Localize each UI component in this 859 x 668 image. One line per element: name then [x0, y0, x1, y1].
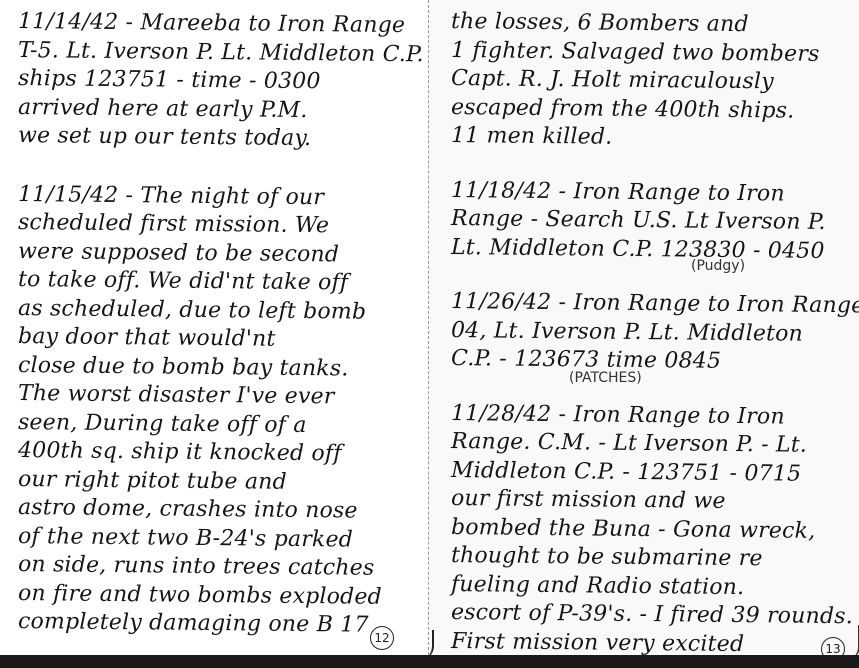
handwritten-line: The worst disaster I've ever	[18, 380, 418, 413]
entry-11-26-42: 11/26/42 - Iron Range to Iron Range. 04,…	[451, 288, 853, 386]
handwritten-line: our right pitot tube and	[18, 466, 418, 499]
handwritten-line: on fire and two bombs exploded	[18, 580, 418, 613]
handwritten-line: as scheduled, due to left bomb	[18, 295, 418, 328]
handwritten-line: escaped from the 400th ships.	[451, 94, 853, 127]
entry-11-18-42: 11/18/42 - Iron Range to Iron Range - Se…	[451, 177, 853, 275]
handwritten-line: ships 123751 - time - 0300	[18, 65, 418, 98]
handwritten-line: Lt. Middleton C.P. 123830 - 0450	[451, 234, 853, 267]
handwritten-line: the losses, 6 Bombers and	[451, 8, 853, 41]
handwritten-line: astro dome, crashes into nose	[18, 494, 418, 527]
handwritten-line: 11/15/42 - The night of our	[18, 181, 418, 214]
continuation-text: the losses, 6 Bombers and 1 fighter. Sal…	[451, 8, 853, 151]
entry-11-28-42: 11/28/42 - Iron Range to Iron Range. C.M…	[451, 400, 853, 657]
handwritten-line: escort of P-39's. - I fired 39 rounds.	[451, 599, 853, 632]
handwritten-line: completely damaging one B 17	[18, 608, 418, 641]
handwritten-line: we set up our tents today.	[18, 122, 418, 155]
handwritten-line: bombed the Buna - Gona wreck,	[451, 514, 853, 547]
handwritten-line: were supposed to be second	[18, 238, 418, 271]
handwritten-line: close due to bomb bay tanks.	[18, 352, 418, 385]
handwritten-line: thought to be submarine re	[451, 542, 853, 575]
handwritten-line: 11/26/42 - Iron Range to Iron Range.	[451, 288, 853, 321]
handwritten-line: 11/18/42 - Iron Range to Iron	[451, 177, 853, 210]
handwritten-line: T-5. Lt. Iverson P. Lt. Middleton C.P.	[18, 37, 418, 70]
handwritten-line: 04, Lt. Iverson P. Lt. Middleton	[451, 317, 853, 350]
entry-11-15-42: 11/15/42 - The night of our scheduled fi…	[18, 181, 418, 637]
handwritten-line: our first mission and we	[451, 485, 853, 518]
handwritten-line: on side, runs into trees catches	[18, 551, 418, 584]
handwritten-line: 1 fighter. Salvaged two bombers	[451, 37, 853, 70]
handwritten-line: 11 men killed.	[451, 122, 853, 155]
handwritten-line: seen, During take off of a	[18, 409, 418, 442]
page-corner-curl	[848, 625, 859, 659]
handwritten-line: Capt. R. J. Holt miraculously	[451, 65, 853, 98]
right-page: the losses, 6 Bombers and 1 fighter. Sal…	[428, 0, 859, 655]
handwritten-line: C.P. - 123673 time 0845	[451, 345, 853, 378]
page-number-circle: 12	[370, 626, 394, 650]
handwritten-line: scheduled first mission. We	[18, 209, 418, 242]
handwritten-line: to take off. We did'nt take off	[18, 266, 418, 299]
scan-bottom-edge	[0, 655, 859, 668]
handwritten-line: of the next two B-24's parked	[18, 523, 418, 556]
handwritten-line: bay door that would'nt	[18, 323, 418, 356]
diary-spread: 11/14/42 - Mareeba to Iron Range T-5. Lt…	[0, 0, 859, 655]
entry-11-14-42: 11/14/42 - Mareeba to Iron Range T-5. Lt…	[18, 8, 418, 151]
handwritten-line: Range - Search U.S. Lt Iverson P.	[451, 205, 853, 238]
handwritten-line: Range. C.M. - Lt Iverson P. - Lt.	[451, 428, 853, 461]
handwritten-line: 11/28/42 - Iron Range to Iron	[451, 400, 853, 433]
handwritten-line: 11/14/42 - Mareeba to Iron Range	[18, 8, 418, 41]
left-page: 11/14/42 - Mareeba to Iron Range T-5. Lt…	[0, 0, 428, 655]
handwritten-line: arrived here at early P.M.	[18, 94, 418, 127]
handwritten-line: Middleton C.P. - 123751 - 0715	[451, 457, 853, 490]
handwritten-line: 400th sq. ship it knocked off	[18, 437, 418, 470]
handwritten-line: fueling and Radio station.	[451, 571, 853, 604]
